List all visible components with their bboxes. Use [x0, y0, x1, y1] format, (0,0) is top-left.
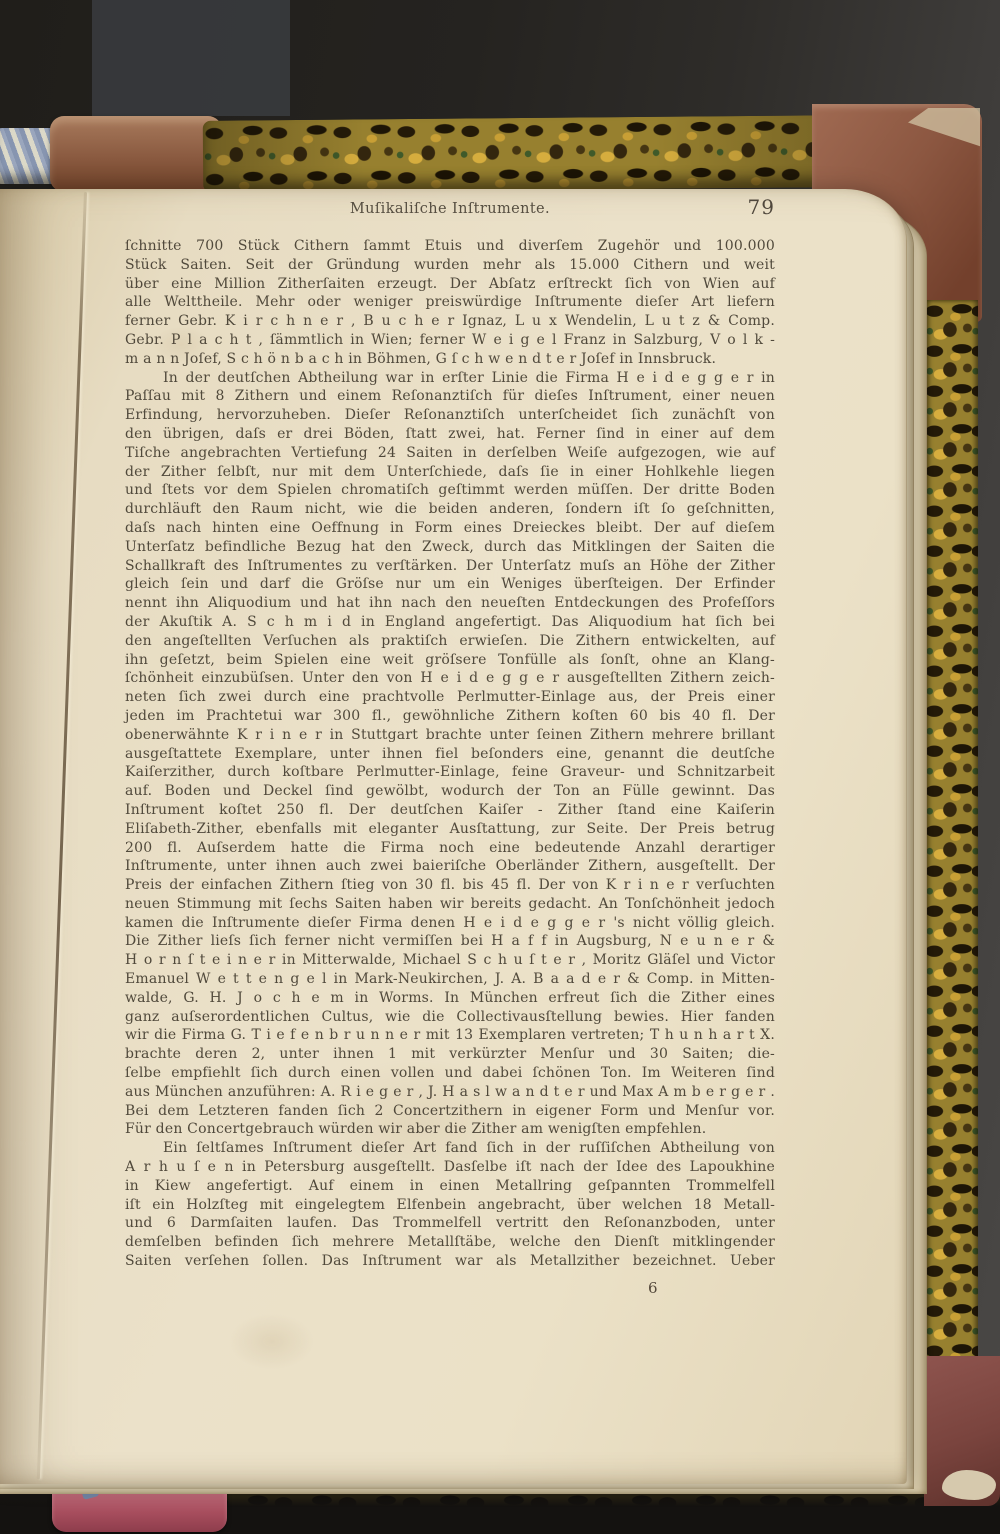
- text-line: ſelbe empfiehlt ſich durch einen vollen …: [125, 1064, 775, 1083]
- book-marbled-edge-right: [926, 300, 978, 1362]
- text-line: über eine Million Zitherſaiten erzeugt. …: [125, 275, 775, 294]
- text-line: Für den Concertgebrauch würden wir aber …: [125, 1120, 775, 1139]
- text-line: Emanuel W e t t e n g e l in Mark-Neukir…: [125, 970, 775, 989]
- text-line: H o r n ſ t e i n e r in Mitterwalde, Mi…: [125, 951, 775, 970]
- text-line: alle Welttheile. Mehr oder weniger preis…: [125, 293, 775, 312]
- text-line: ferner Gebr. K i r c h n e r , B u c h e…: [125, 312, 775, 331]
- text-line: wir die Firma G. T i e f e n b r u n n e…: [125, 1026, 775, 1045]
- text-line: ganz auſserordentlichen Cultus, wie die …: [125, 1008, 775, 1027]
- text-line: nennt ihn Aliquodium und hat ihn nach de…: [125, 594, 775, 613]
- scan-bed-panel: [92, 0, 290, 116]
- leather-scuff: [908, 108, 980, 174]
- page-number: 79: [748, 194, 775, 220]
- text-line: auf. Boden und Deckel ſind gewölbt, wodu…: [125, 782, 775, 801]
- text-line: kamen die Inſtrumente dieſer Firma denen…: [125, 914, 775, 933]
- text-line: Bei dem Letzteren fanden ſich 2 Concertz…: [125, 1102, 775, 1121]
- text-line: durchläuft den Raum nicht, wie die beide…: [125, 500, 775, 519]
- text-line: Unterſatz befindliche Bezug hat den Zwec…: [125, 538, 775, 557]
- text-line: Kaiſerzither, durch koſtbare Perlmutter-…: [125, 763, 775, 782]
- running-head: Muſikaliſche Inſtrumente. 79: [125, 196, 775, 222]
- text-line: Stück Saiten. Seit der Gründung wurden m…: [125, 256, 775, 275]
- running-head-title: Muſikaliſche Inſtrumente.: [125, 196, 775, 222]
- text-line: Schallkraft des Inſtrumentes zu verſtärk…: [125, 557, 775, 576]
- text-line: der Zither ſelbſt, nur mit dem Unterſchi…: [125, 463, 775, 482]
- text-line: daſs nach hinten eine Oeffnung in Form e…: [125, 519, 775, 538]
- text-line: iſt ein Holzſteg mit eingelegtem Elfenbe…: [125, 1196, 775, 1215]
- signature-mark: 6: [648, 1279, 658, 1297]
- text-line: ausgeſtattete Exemplare, unter ihnen fie…: [125, 745, 775, 764]
- text-line: m a n n Joſef, S c h ö n b a c h in Böhm…: [125, 350, 775, 369]
- text-line: den angeſtellten Verſuchen als praktiſch…: [125, 632, 775, 651]
- text-line: und ſtets vor dem Spielen chromatiſch ge…: [125, 481, 775, 500]
- text-line: Ein ſeltſames Inſtrument dieſer Art fand…: [125, 1139, 775, 1158]
- gutter-fold-line: [37, 192, 87, 1479]
- text-line: A r h u ſ e n in Petersburg ausgeſtellt.…: [125, 1158, 775, 1177]
- text-line: demſelben befinden ſich mehrere Metallſt…: [125, 1233, 775, 1252]
- text-line: neuen Stimmung mit ſechs Saiten haben wi…: [125, 895, 775, 914]
- text-line: In der deutſchen Abtheilung war in erſte…: [125, 369, 775, 388]
- text-line: der Akuſtik A. S c h m i d in England an…: [125, 613, 775, 632]
- book-spine-leather-top: [50, 116, 222, 192]
- text-line: ihn geſetzt, beim Spielen eine weit gröſ…: [125, 651, 775, 670]
- text-line: in Kiew angefertigt. Auf einem in einen …: [125, 1177, 775, 1196]
- text-line: Inſtrumente, unter ihnen auch zwei baier…: [125, 857, 775, 876]
- text-line: jeden im Prachtetui war 300 fl., gewöhnl…: [125, 707, 775, 726]
- text-line: aus München anzuführen: A. R i e g e r ,…: [125, 1083, 775, 1102]
- text-line: Paſſau mit 8 Zithern und einem Reſonanzt…: [125, 387, 775, 406]
- book-marbled-edge-top: [203, 115, 849, 193]
- text-line: neten ſich zwei durch eine prachtvolle P…: [125, 688, 775, 707]
- text-line: Gebr. P l a c h t , ſämmtlich in Wien; f…: [125, 331, 775, 350]
- book-corner-leather-bottom-right: [924, 1356, 1000, 1506]
- text-line: ſchönheit einzubüſsen. Unter den von H e…: [125, 669, 775, 688]
- text-line: Tiſche angebrachten Vertiefung 24 Saiten…: [125, 444, 775, 463]
- text-line: Eliſabeth-Zither, ebenfalls mit elegante…: [125, 820, 775, 839]
- text-line: obenerwähnte K r i n e r in Stuttgart br…: [125, 726, 775, 745]
- text-line: Inſtrument koſtet 250 fl. Der deutſchen …: [125, 801, 775, 820]
- text-line: walde, G. H. J o c h e m in Worms. In Mü…: [125, 989, 775, 1008]
- text-line: Preis der einfachen Zithern ſtieg von 30…: [125, 876, 775, 895]
- text-line: 200 fl. Auſserdem hatte die Firma noch e…: [125, 839, 775, 858]
- text-block: ſchnitte 700 Stück Cithern ſammt Etuis u…: [125, 237, 775, 1271]
- marble-shading: [203, 115, 849, 193]
- text-line: Die Zither lieſs ſich ferner nicht vermi…: [125, 932, 775, 951]
- text-line: ſchnitte 700 Stück Cithern ſammt Etuis u…: [125, 237, 775, 256]
- text-line: Saiten verſehen ſollen. Das Inſtrument w…: [125, 1252, 775, 1271]
- text-line: und 6 Darmſaiten laufen. Das Trommelfell…: [125, 1214, 775, 1233]
- leather-chip: [942, 1470, 996, 1500]
- text-line: den übrigen, daſs er drei Böden, ſtatt z…: [125, 425, 775, 444]
- text-line: Erfindung, hervorzuheben. Dieſer Reſonan…: [125, 406, 775, 425]
- text-line: gleich ſein und darf die Gröſse nur um e…: [125, 575, 775, 594]
- scanned-book-photo: Muſikaliſche Inſtrumente. 79 ſchnitte 70…: [0, 0, 1000, 1534]
- text-line: brachte deren 2, unter ihnen 1 mit verkü…: [125, 1045, 775, 1064]
